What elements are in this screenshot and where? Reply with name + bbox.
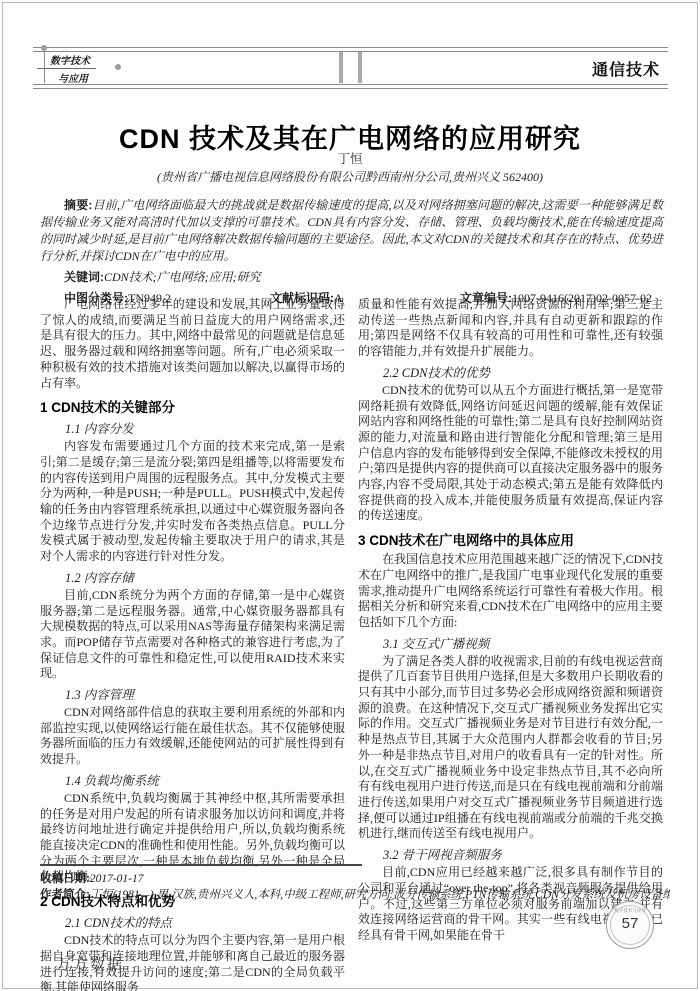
subsection-heading: 2.2 CDN技术的优势 [358,363,663,381]
abstract-label: 摘要: [64,198,92,212]
section-heading: 1 CDN技术的关键部分 [40,396,345,416]
subsection-heading: 1.3 内容管理 [40,685,345,703]
paragraph: 内容发布需要通过几个方面的技术来完成,第一是索引;第二是缓存;第三是流分裂;第四… [40,439,345,565]
subsection-heading: 3.1 交互式广播视频 [358,634,663,652]
header-divider-bar [358,52,362,83]
journal-logo-line1: 数字技术 [37,51,96,69]
received-date-value: 2017-01-17 [90,873,144,885]
wanfang-watermark: 万方数据 [56,953,124,974]
front-matter: 摘要:目前,广电网络面临最大的挑战就是数据传输速度的提高,以及对网络拥塞问题的解… [40,197,663,306]
author-bio-line: 作者简介:丁恒(1981—),男,汉族,贵州兴义人,本科,中级工程师,研究方向:… [40,886,670,902]
page-number-stamp: 数字技术与应用 57 [606,901,654,949]
paragraph: 目前,CDN系统分为两个方面的存储,第一是中心媒资服务器;第二是远程服务器。通常… [40,588,345,682]
author-affiliation: (贵州省广播电视信息网络股份有限公司黔西南州分公司,贵州兴义 562400) [0,168,700,185]
abstract: 摘要:目前,广电网络面临最大的挑战就是数据传输速度的提高,以及对网络拥塞问题的解… [40,197,663,265]
abstract-text: 目前,广电网络面临最大的挑战就是数据传输速度的提高,以及对网络拥塞问题的解决,这… [40,198,663,263]
subsection-heading: 2.1 CDN技术的特点 [40,913,345,931]
header-divider-bar [339,52,343,83]
author-bio-text: 丁恒(1981—),男,汉族,贵州兴义人,本科,中级工程师,研究方向:波分传输系… [90,889,670,901]
keywords-line: 关键词:CDN技术;广电网络;应用;研究 [40,269,663,285]
paragraph: 质量和性能有效提高,并加大网络资源的利用率;第三是主动传送一些热点新闻和内容,并… [358,297,663,360]
journal-page: { "header": { "logo_line1": "数字技术", "log… [0,0,700,991]
subsection-heading: 1.4 负载均衡系统 [40,771,345,789]
stamp-journal-text: 数字技术与应用 [609,907,650,913]
section-heading: 3 CDN技术在广电网络中的具体应用 [358,529,663,549]
logo-dot-icon [115,64,121,70]
author-bio-label: 作者简介: [40,889,90,901]
paragraph: 为了满足各类人群的收视需求,目前的有线电视运营商提供了几百套节目供用户选择,但是… [358,654,663,842]
paragraph: CDN技术的优势可以从五个方面进行概括,第一是宽带网络耗损有效降低,网络访问延迟… [358,383,663,524]
author-name: 丁恒 [0,149,700,167]
keywords-text: CDN技术;广电网络;应用;研究 [104,270,261,284]
paragraph: 广电网络在经过多年的建设和发展,其网上业务量取得了惊人的成绩,而要满足当前日益庞… [40,297,345,391]
paragraph: CDN对网络部件信息的获取主要利用系统的外部和内部监控实现,以使网络运行能在最佳… [40,705,345,768]
subsection-heading: 1.1 内容分发 [40,419,345,437]
received-date-line: 收稿日期:2017-01-17 [40,870,144,886]
subsection-heading: 1.2 内容存储 [40,568,345,586]
column-category-label: 通信技术 [592,57,660,80]
paragraph: 在我国信息技术应用范围越来越广泛的情况下,CDN技术在广电网络中的推广,是我国广… [358,552,663,631]
journal-logo-line2: 与应用 [37,70,147,85]
footnote-rule [40,864,362,866]
logo-dot-icon [41,45,47,51]
header-bottom-rule [33,84,668,89]
journal-logo: 数字技术 与应用 [37,51,147,84]
subsection-heading: 3.2 骨干网视音频服务 [358,845,663,863]
received-date-label: 收稿日期: [40,873,90,885]
keywords-label: 关键词: [64,270,104,284]
page-number: 57 [607,915,653,932]
